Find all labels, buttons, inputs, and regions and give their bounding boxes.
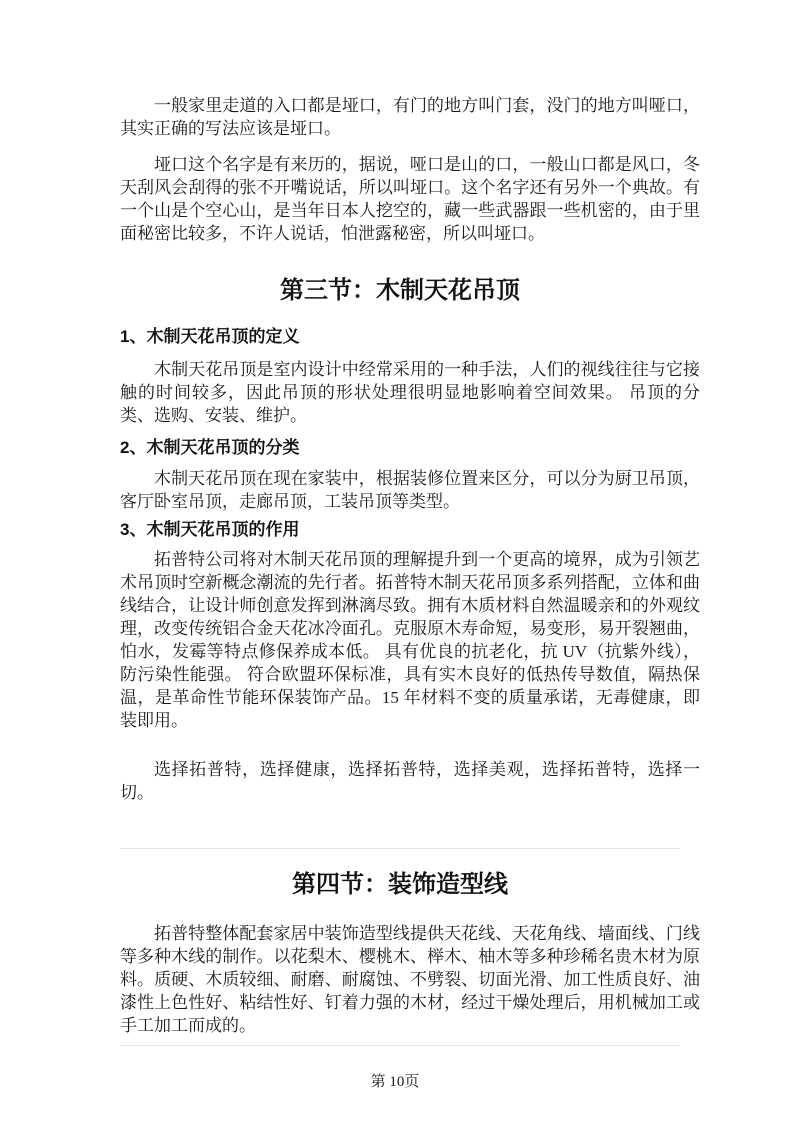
section3-title: 第三节：木制天花吊顶	[120, 274, 680, 308]
section3-paragraph-definition: 木制天花吊顶是室内设计中经常采用的一种手法，人们的视线往往与它接触的时间较多，因…	[120, 358, 700, 427]
section3-paragraph-function: 拓普特公司将对木制天花吊顶的理解提升到一个更高的境界，成为引领艺术吊顶时空新概念…	[120, 548, 700, 732]
footer-divider	[120, 1045, 680, 1046]
section3-paragraph-classification: 木制天花吊顶在现在家装中，根据装修位置来区分，可以分为厨卫吊顶，客厅卧室吊顶，走…	[120, 467, 700, 513]
paragraph-yakou-intro: 一般家里走道的入口都是垭口，有门的地方叫门套，没门的地方叫哑口，其实正确的写法应…	[120, 94, 700, 140]
section3-subheading-function: 3、木制天花吊顶的作用	[120, 518, 700, 542]
section4-paragraph-intro: 拓普特整体配套家居中装饰造型线提供天花线、天花角线、墙面线、门线等多种木线的制作…	[120, 922, 700, 1037]
section-divider	[120, 848, 680, 849]
paragraph-yakou-origin: 垭口这个名字是有来历的，据说，哑口是山的口，一般山口都是风口，冬天刮风会刮得的张…	[120, 153, 700, 245]
section3-subheading-classification: 2、木制天花吊顶的分类	[120, 436, 700, 460]
page-number-footer: 第 10页	[120, 1071, 700, 1093]
section3-subheading-definition: 1、木制天花吊顶的定义	[120, 325, 700, 349]
document-page: 一般家里走道的入口都是垭口，有门的地方叫门套，没门的地方叫哑口，其实正确的写法应…	[0, 0, 800, 1131]
section4-title: 第四节：装饰造型线	[120, 868, 680, 902]
section3-paragraph-closing: 选择拓普特，选择健康，选择拓普特，选择美观，选择拓普特，选择一切。	[120, 758, 700, 804]
